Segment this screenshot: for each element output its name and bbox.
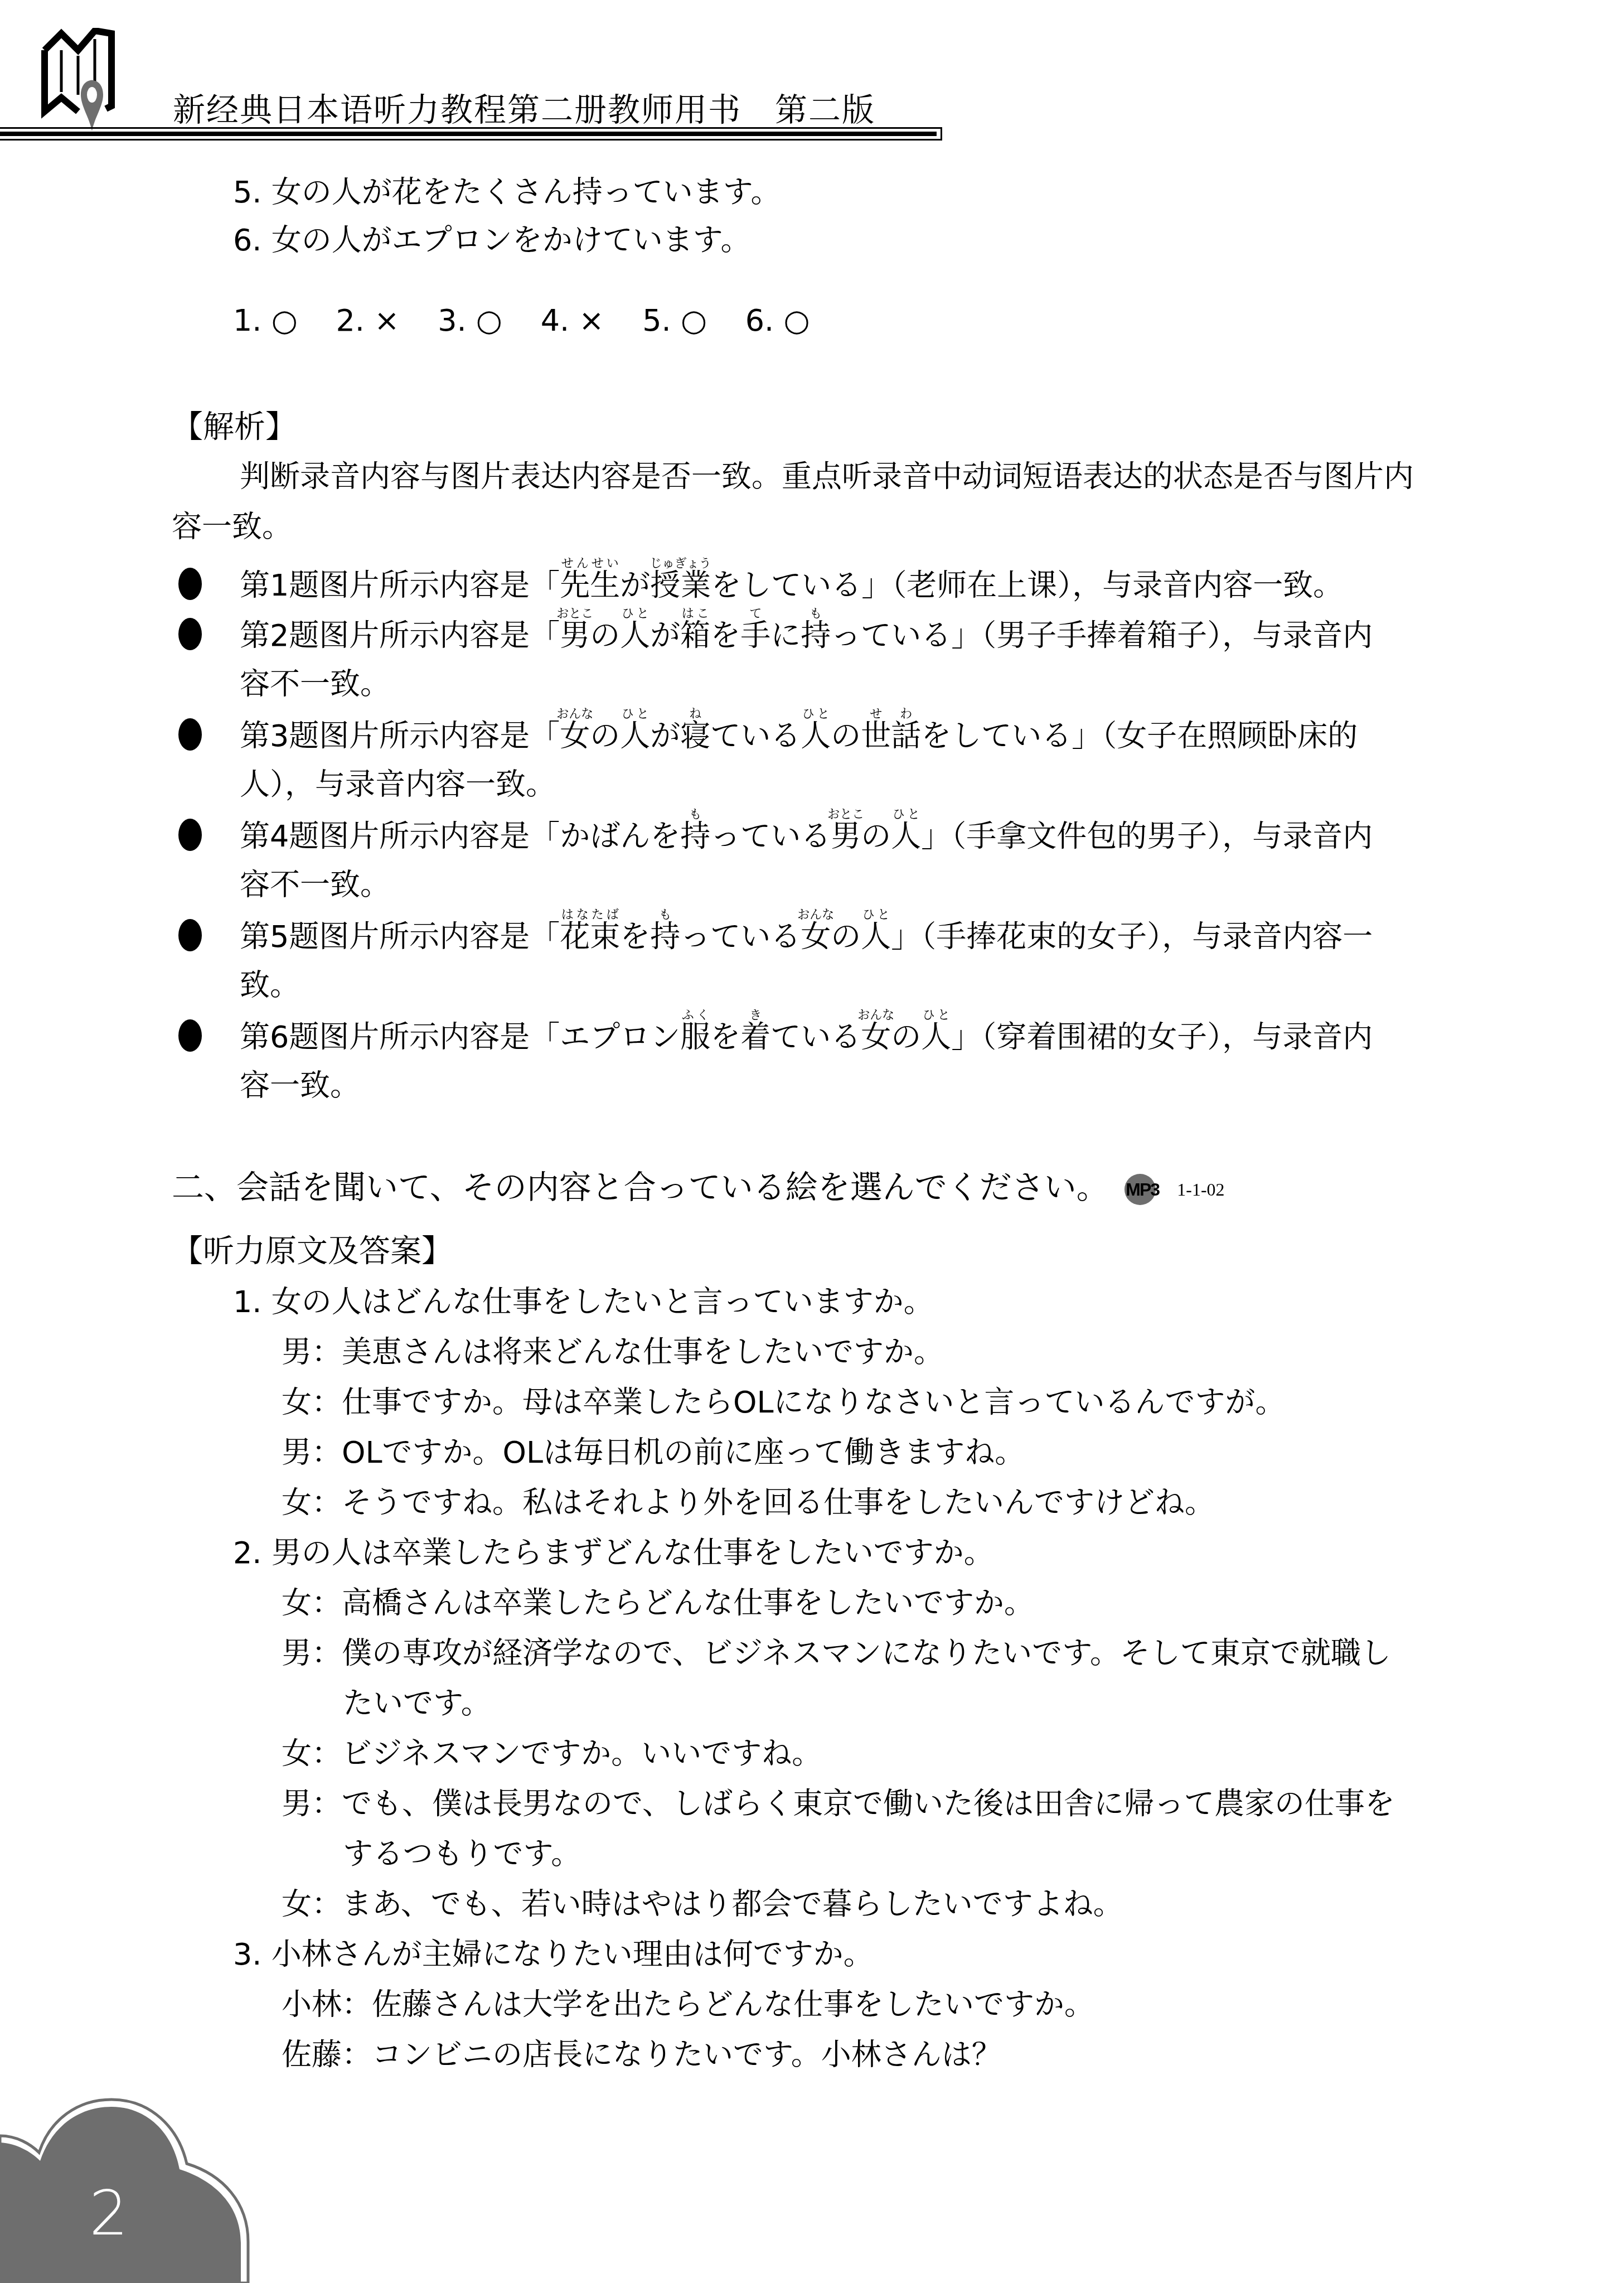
dialogue-text: 僕の専攻が経済学なので、ビジネスマンになりたいです。そして東京で就職し bbox=[342, 1636, 1391, 1671]
furigana-word: 男おとこ bbox=[831, 819, 861, 854]
dialogue-text: まあ、でも、若い時はやはり都会で暮らしたいですよね。 bbox=[342, 1887, 1123, 1922]
answer-key: 1. ○ 2. × 3. ○ 4. × 5. ○ 6. ○ bbox=[233, 306, 810, 336]
furigana-word: 女おんな bbox=[801, 919, 831, 954]
furigana-word: 持も bbox=[680, 819, 710, 854]
speaker-label: 男： bbox=[282, 1636, 342, 1671]
furigana-word: 寝ね bbox=[680, 718, 710, 753]
dialogue-line: 女：仕事ですか。母は卒業したらOLになりなさいと言っているんですが。 bbox=[282, 1387, 1286, 1418]
analysis-bullet-4: 第4题图片所示内容是「かばんを持もっている男おとこの人ひと」（手拿文件包的男子）… bbox=[240, 807, 1373, 858]
furigana-word: 持も bbox=[650, 919, 680, 954]
analysis-bullet-6-continued: 容一致。 bbox=[240, 1071, 360, 1101]
furigana-word: 女おんな bbox=[560, 718, 590, 753]
page-number: 2 bbox=[89, 2178, 128, 2249]
answer-1: 1. ○ bbox=[233, 303, 298, 338]
item-number: 5. bbox=[233, 175, 262, 210]
bullet-icon bbox=[178, 618, 202, 650]
speaker-label: 女： bbox=[282, 1385, 342, 1420]
dialogue-text: 佐藤さんは大学を出たらどんな仕事をしたいですか。 bbox=[372, 1987, 1094, 2022]
furigana-word: 世話せわ bbox=[861, 718, 921, 753]
furigana-word: 授業じゅぎょう bbox=[650, 568, 711, 603]
dialogue-line: 女：ビジネスマンですか。いいですね。 bbox=[282, 1739, 822, 1769]
book-title: 新经典日本语听力教程第二册教师用书 第二版 bbox=[173, 84, 875, 130]
furigana-word: 女おんな bbox=[861, 1019, 891, 1055]
speaker-label: 女： bbox=[282, 1485, 342, 1520]
dialogue-text: OLですか。OLは毎日机の前に座って働きますね。 bbox=[342, 1435, 1025, 1470]
furigana-word: 着き bbox=[740, 1019, 770, 1055]
dialogue-line: 男：OLですか。OLは毎日机の前に座って働きますね。 bbox=[282, 1438, 1025, 1468]
item-number: 6. bbox=[233, 223, 262, 258]
item-text: 女の人がエプロンをかけています。 bbox=[272, 223, 751, 258]
book-map-logo-icon bbox=[39, 28, 156, 134]
speaker-label: 男： bbox=[282, 1334, 342, 1370]
page-number-cloud-icon bbox=[0, 2097, 256, 2283]
analysis-intro-line2: 容一致。 bbox=[172, 512, 292, 542]
analysis-bullet-6: 第6题图片所示内容是「エプロン服ふくを着きている女おんなの人ひと」（穿着围裙的女… bbox=[240, 1008, 1373, 1058]
analysis-bullet-3-continued: 人），与录音内容一致。 bbox=[240, 770, 556, 800]
speaker-label: 男： bbox=[282, 1786, 342, 1821]
bullet-icon bbox=[178, 919, 202, 951]
answer-2: 2. × bbox=[336, 303, 400, 338]
answer-4: 4. × bbox=[541, 303, 604, 338]
analysis-bullet-1: 第1题图片所示内容是「先生せんせいが授業じゅぎょうをしている」（老师在上课），与… bbox=[240, 557, 1343, 607]
dialogue-line: 女：高橋さんは卒業したらどんな仕事をしたいですか。 bbox=[282, 1588, 1034, 1618]
dialogue-line: 男：美恵さんは将来どんな仕事をしたいですか。 bbox=[282, 1337, 944, 1367]
part2-instruction: 二、会話を聞いて、その内容と合っている絵を選んでください。 MP3 1-1-02 bbox=[172, 1171, 1225, 1205]
furigana-word: 箱はこ bbox=[680, 618, 710, 653]
bullet-icon bbox=[178, 819, 202, 851]
dialogue-text: ビジネスマンですか。いいですね。 bbox=[342, 1736, 822, 1771]
question-3: 3. 小林さんが主婦になりたい理由は何ですか。 bbox=[233, 1939, 874, 1970]
dialogue-line: 佐藤：コンビニの店長になりたいです。小林さんは？ bbox=[282, 2040, 1002, 2070]
analysis-intro-line1: 判断录音内容与图片表达内容是否一致。重点听录音中动词短语表达的状态是否与图片内 bbox=[240, 462, 1414, 492]
furigana-word: 人ひと bbox=[620, 718, 650, 753]
furigana-word: 花束はなたば bbox=[560, 919, 620, 954]
speaker-label: 男： bbox=[282, 1435, 342, 1470]
bullet-icon bbox=[178, 568, 202, 600]
furigana-word: 男おとこ bbox=[560, 618, 590, 653]
furigana-word: 人ひと bbox=[801, 718, 831, 753]
furigana-word: 先生せんせい bbox=[560, 568, 620, 603]
speaker-label: 佐藤： bbox=[282, 2037, 372, 2072]
question-2: 2. 男の人は卒業したらまずどんな仕事をしたいですか。 bbox=[233, 1538, 994, 1568]
analysis-heading: 【解析】 bbox=[172, 412, 297, 443]
answer-5: 5. ○ bbox=[642, 303, 707, 338]
speaker-label: 女： bbox=[282, 1887, 342, 1922]
furigana-word: 人ひと bbox=[620, 618, 650, 653]
dialogue-text: でも、僕は長男なので、しばらく東京で働いた後は田舎に帰って農家の仕事を bbox=[342, 1786, 1395, 1821]
mp3-icon: MP3 bbox=[1124, 1174, 1156, 1205]
part2-title: 二、会話を聞いて、その内容と合っている絵を選んでください。 bbox=[172, 1168, 1109, 1206]
dialogue-line: 男：でも、僕は長男なので、しばらく東京で働いた後は田舎に帰って農家の仕事を bbox=[282, 1789, 1395, 1819]
dialogue-line-continued: たいです。 bbox=[343, 1689, 491, 1719]
answer-6: 6. ○ bbox=[745, 303, 810, 338]
furigana-word: 持も bbox=[801, 618, 831, 653]
analysis-bullet-5: 第5题图片所示内容是「花束はなたばを持もっている女おんなの人ひと」（手捧花束的女… bbox=[240, 908, 1373, 958]
page-header: 新经典日本语听力教程第二册教师用书 第二版 bbox=[0, 0, 948, 145]
dialogue-text: 高橋さんは卒業したらどんな仕事をしたいですか。 bbox=[342, 1585, 1034, 1621]
speaker-label: 女： bbox=[282, 1585, 342, 1621]
item-5: 5. 女の人が花をたくさん持っています。 bbox=[233, 177, 781, 207]
dialogue-text: そうですね。私はそれより外を回る仕事をしたいんですけどね。 bbox=[342, 1485, 1215, 1520]
bullet-icon bbox=[178, 1019, 202, 1052]
transcript-heading: 【听力原文及答案】 bbox=[172, 1236, 453, 1267]
analysis-bullet-5-continued: 致。 bbox=[240, 970, 300, 1000]
speaker-label: 小林： bbox=[282, 1987, 372, 2022]
furigana-word: 服ふく bbox=[680, 1019, 710, 1055]
analysis-bullet-4-continued: 容不一致。 bbox=[240, 870, 390, 900]
furigana-word: 人ひと bbox=[921, 1019, 951, 1055]
furigana-word: 人ひと bbox=[891, 819, 921, 854]
dialogue-text: コンビニの店長になりたいです。小林さんは？ bbox=[372, 2037, 1002, 2072]
answer-3: 3. ○ bbox=[438, 303, 502, 338]
mp3-audio-marker[interactable]: MP3 1-1-02 bbox=[1124, 1174, 1224, 1205]
dialogue-line: 男：僕の専攻が経済学なので、ビジネスマンになりたいです。そして東京で就職し bbox=[282, 1638, 1391, 1668]
mp3-track-code: 1-1-02 bbox=[1177, 1181, 1224, 1198]
furigana-word: 手て bbox=[740, 618, 770, 653]
dialogue-line: 女：まあ、でも、若い時はやはり都会で暮らしたいですよね。 bbox=[282, 1889, 1123, 1919]
dialogue-line: 女：そうですね。私はそれより外を回る仕事をしたいんですけどね。 bbox=[282, 1488, 1215, 1518]
analysis-bullet-2-continued: 容不一致。 bbox=[240, 669, 390, 699]
item-text: 女の人が花をたくさん持っています。 bbox=[272, 175, 781, 210]
furigana-word: 人ひと bbox=[861, 919, 891, 954]
dialogue-line-continued: するつもりです。 bbox=[343, 1839, 581, 1869]
analysis-bullet-2: 第2题图片所示内容是「男おとこの人ひとが箱はこを手てに持もっている」（男子手捧着… bbox=[240, 607, 1373, 657]
analysis-bullet-3: 第3题图片所示内容是「女おんなの人ひとが寝ねている人ひとの世話せわをしている」（… bbox=[240, 707, 1358, 757]
header-rule-thick bbox=[0, 132, 937, 136]
dialogue-text: 美恵さんは将来どんな仕事をしたいですか。 bbox=[342, 1334, 944, 1370]
dialogue-text: 仕事ですか。母は卒業したらOLになりなさいと言っているんですが。 bbox=[342, 1385, 1286, 1420]
speaker-label: 女： bbox=[282, 1736, 342, 1771]
question-1: 1. 女の人はどんな仕事をしたいと言っていますか。 bbox=[233, 1287, 934, 1317]
bullet-icon bbox=[178, 718, 202, 751]
dialogue-line: 小林：佐藤さんは大学を出たらどんな仕事をしたいですか。 bbox=[282, 1990, 1094, 2020]
item-6: 6. 女の人がエプロンをかけています。 bbox=[233, 225, 750, 255]
